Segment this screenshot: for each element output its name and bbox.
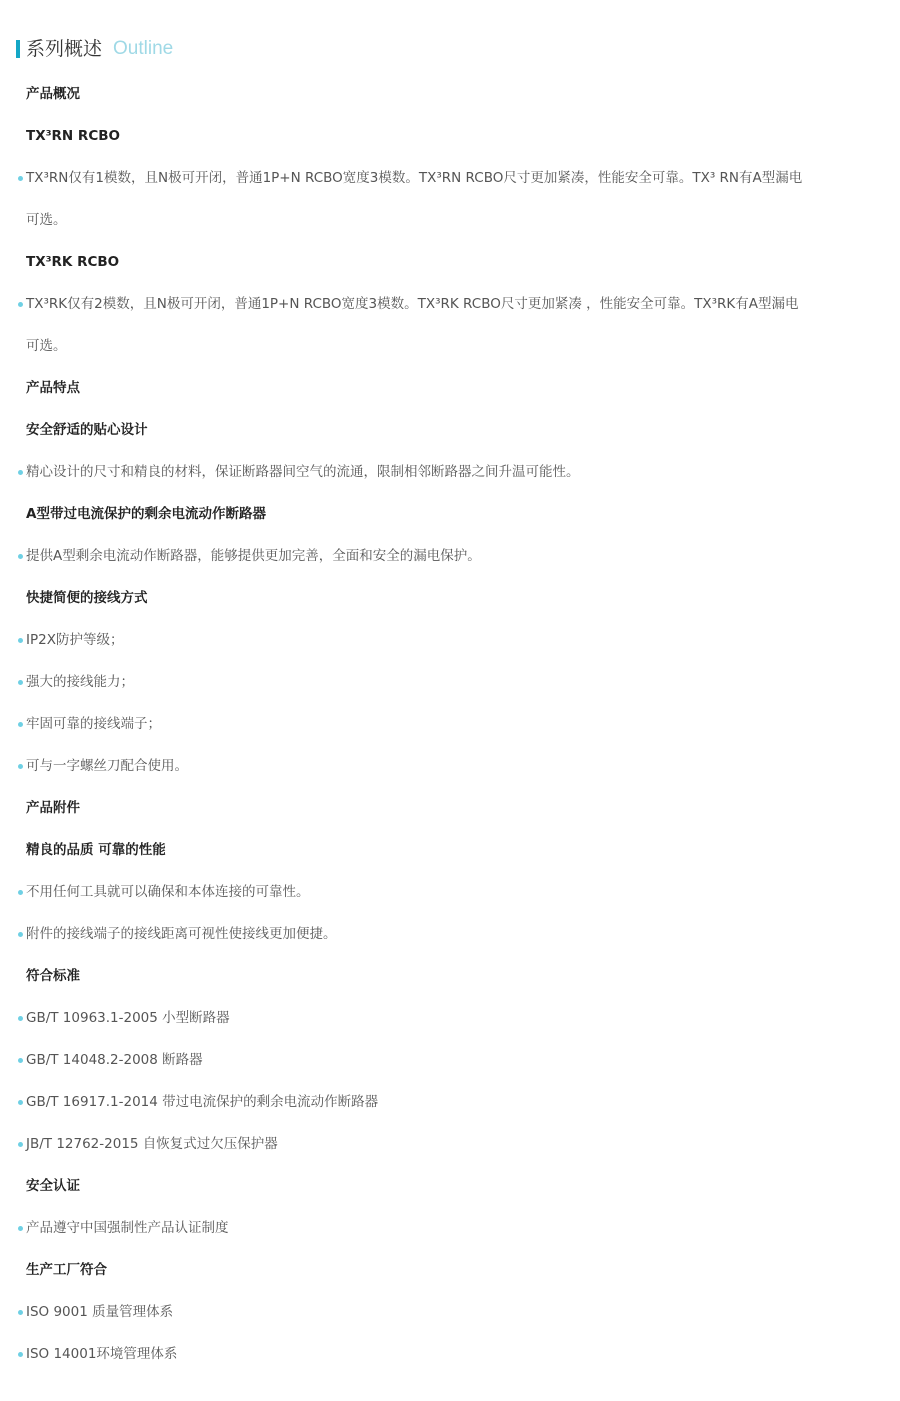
- bullet-dot-icon: [18, 932, 23, 937]
- list-item: TX³RN仅有1模数，且N极可开闭，普通1P+N RCBO宽度3模数。TX³RN…: [0, 157, 900, 199]
- list-item-text: ISO 9001 质量管理体系: [26, 1304, 173, 1320]
- list-item-text: ISO 14001环境管理体系: [26, 1346, 177, 1362]
- list-item-text: 不用任何工具就可以确保和本体连接的可靠性。: [26, 884, 310, 900]
- bullet-dot-icon: [18, 176, 23, 181]
- list-item-text: 附件的接线端子的接线距离可视性使接线更加便捷。: [26, 926, 337, 942]
- bullet-dot-icon: [18, 680, 23, 685]
- list-item: TX³RK仅有2模数，且N极可开闭，普通1P+N RCBO宽度3模数。TX³RK…: [0, 283, 900, 325]
- list-item: 牢固可靠的接线端子；: [0, 703, 900, 745]
- heading-factory-compliance: 生产工厂符合: [0, 1249, 900, 1291]
- list-item-text: IP2X防护等级；: [26, 632, 123, 648]
- heading-tx3rk-rcbo: TX³RK RCBO: [0, 241, 900, 283]
- list-item: JB/T 12762-2015 自恢复式过欠压保护器: [0, 1123, 900, 1165]
- list-item-text: TX³RK仅有2模数，且N极可开闭，普通1P+N RCBO宽度3模数。TX³RK…: [26, 296, 799, 312]
- list-item: GB/T 10963.1-2005 小型断路器: [0, 997, 900, 1039]
- list-item-text: 产品遵守中国强制性产品认证制度: [26, 1220, 229, 1236]
- bullet-dot-icon: [18, 470, 23, 475]
- list-item-text: 提供A型剩余电流动作断路器，能够提供更加完善，全面和安全的漏电保护。: [26, 548, 481, 564]
- heading-product-overview: 产品概况: [0, 73, 900, 115]
- bullet-dot-icon: [18, 1226, 23, 1231]
- list-item-continuation: 可选。: [0, 325, 900, 367]
- bullet-dot-icon: [18, 1016, 23, 1021]
- bullet-dot-icon: [18, 302, 23, 307]
- list-item: 不用任何工具就可以确保和本体连接的可靠性。: [0, 871, 900, 913]
- list-item: 精心设计的尺寸和精良的材料，保证断路器间空气的流通，限制相邻断路器之间升温可能性…: [0, 451, 900, 493]
- heading-certification: 安全认证: [0, 1165, 900, 1207]
- list-item-text: GB/T 10963.1-2005 小型断路器: [26, 1010, 230, 1026]
- list-item-text: GB/T 14048.2-2008 断路器: [26, 1052, 203, 1068]
- list-item: ISO 9001 质量管理体系: [0, 1291, 900, 1333]
- list-item-text: 可与一字螺丝刀配合使用。: [26, 758, 188, 774]
- bullet-dot-icon: [18, 1352, 23, 1357]
- outline-content: 产品概况 TX³RN RCBO TX³RN仅有1模数，且N极可开闭，普通1P+N…: [0, 73, 900, 1375]
- list-item: 强大的接线能力；: [0, 661, 900, 703]
- bullet-dot-icon: [18, 1310, 23, 1315]
- section-title: 系列概述 Outline: [16, 36, 173, 62]
- list-item: GB/T 16917.1-2014 带过电流保护的剩余电流动作断路器: [0, 1081, 900, 1123]
- heading-type-a-rcbo: A型带过电流保护的剩余电流动作断路器: [0, 493, 900, 535]
- list-item: 附件的接线端子的接线距离可视性使接线更加便捷。: [0, 913, 900, 955]
- list-item: 产品遵守中国强制性产品认证制度: [0, 1207, 900, 1249]
- list-item-text: JB/T 12762-2015 自恢复式过欠压保护器: [26, 1136, 278, 1152]
- bullet-dot-icon: [18, 722, 23, 727]
- list-item: ISO 14001环境管理体系: [0, 1333, 900, 1375]
- bullet-dot-icon: [18, 1100, 23, 1105]
- bullet-dot-icon: [18, 1142, 23, 1147]
- heading-accessories: 产品附件: [0, 787, 900, 829]
- bullet-dot-icon: [18, 890, 23, 895]
- list-item: 可与一字螺丝刀配合使用。: [0, 745, 900, 787]
- heading-safe-design: 安全舒适的贴心设计: [0, 409, 900, 451]
- heading-product-features: 产品特点: [0, 367, 900, 409]
- bullet-dot-icon: [18, 638, 23, 643]
- list-item-text: 强大的接线能力；: [26, 674, 134, 690]
- list-item-continuation: 可选。: [0, 199, 900, 241]
- list-item-text: 牢固可靠的接线端子；: [26, 716, 161, 732]
- list-item-text: TX³RN仅有1模数，且N极可开闭，普通1P+N RCBO宽度3模数。TX³RN…: [26, 170, 802, 186]
- heading-standards: 符合标准: [0, 955, 900, 997]
- heading-quality: 精良的品质 可靠的性能: [0, 829, 900, 871]
- heading-wiring: 快捷简便的接线方式: [0, 577, 900, 619]
- list-item-text: 精心设计的尺寸和精良的材料，保证断路器间空气的流通，限制相邻断路器之间升温可能性…: [26, 464, 580, 480]
- bullet-dot-icon: [18, 764, 23, 769]
- bullet-dot-icon: [18, 1058, 23, 1063]
- list-item: GB/T 14048.2-2008 断路器: [0, 1039, 900, 1081]
- list-item: IP2X防护等级；: [0, 619, 900, 661]
- title-accent-bar: [16, 40, 20, 58]
- section-title-en: Outline: [113, 36, 173, 62]
- heading-tx3rn-rcbo: TX³RN RCBO: [0, 115, 900, 157]
- bullet-dot-icon: [18, 554, 23, 559]
- list-item-text: GB/T 16917.1-2014 带过电流保护的剩余电流动作断路器: [26, 1094, 378, 1110]
- list-item: 提供A型剩余电流动作断路器，能够提供更加完善，全面和安全的漏电保护。: [0, 535, 900, 577]
- section-title-cn: 系列概述: [26, 36, 102, 62]
